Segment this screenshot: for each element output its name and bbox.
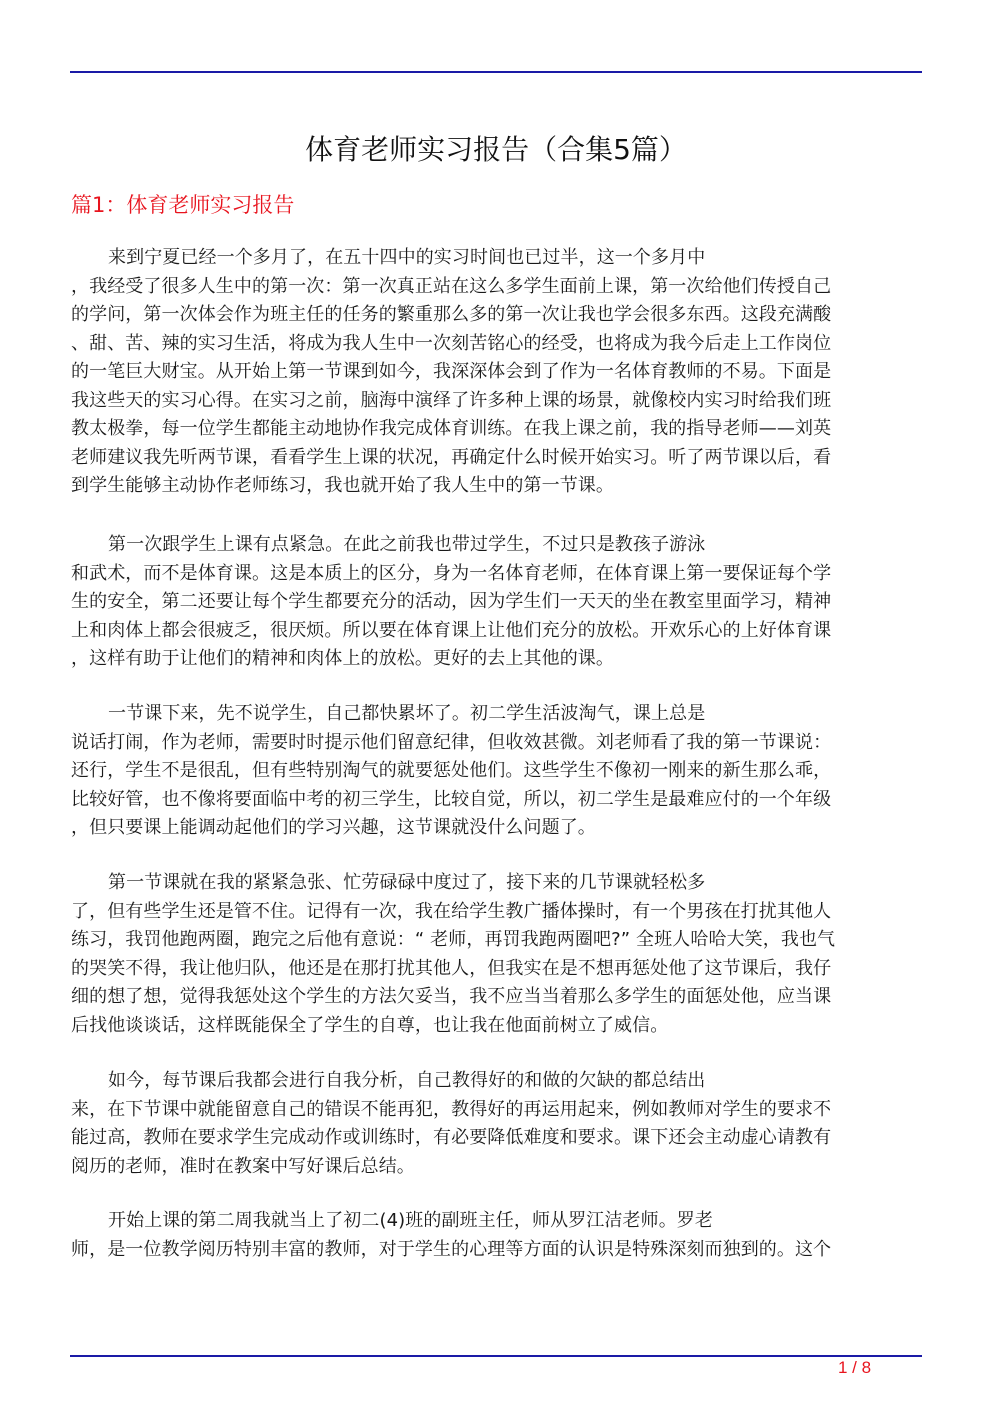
paragraph-line: 的学问，第一次体会作为班主任的任务的繁重那么多的第一次让我也学会很多东西。这段充…	[71, 301, 923, 330]
paragraph-line: 上和肉体上都会很疲乏，很厌烦。所以要在体育课上让他们充分的放松。开欢乐心的上好体…	[71, 617, 923, 646]
paragraph-1: 来到宁夏已经一个多月了，在五十四中的实习时间也已过半，这一个多月中 ，我经受了很…	[71, 244, 923, 501]
paragraph-line: 细的想了想，觉得我惩处这个学生的方法欠妥当，我不应当当着那么多学生的面惩处他，应…	[71, 983, 923, 1012]
paragraph-5: 如今，每节课后我都会进行自我分析，自己教得好的和做的欠缺的都总结出 来，在下节课…	[71, 1067, 923, 1181]
section-heading: 篇1：体育老师实习报告	[71, 189, 294, 219]
paragraph-line: 的一笔巨大财宝。从开始上第一节课到如今，我深深体会到了作为一名体育教师的不易。下…	[71, 358, 923, 387]
paragraph-line: 老师建议我先听两节课，看看学生上课的状况，再确定什么时候开始实习。听了两节课以后…	[71, 444, 923, 473]
document-title: 体育老师实习报告（合集5篇）	[0, 128, 992, 168]
paragraph-line: 生的安全，第二还要让每个学生都要充分的活动，因为学生们一天天的坐在教室里面学习，…	[71, 588, 923, 617]
paragraph-line: 能过高，教师在要求学生完成动作或训练时，有必要降低难度和要求。课下还会主动虚心请…	[71, 1124, 923, 1153]
paragraph-line: 第一次跟学生上课有点紧急。在此之前我也带过学生，不过只是教孩子游泳	[71, 531, 923, 560]
paragraph-line: 来到宁夏已经一个多月了，在五十四中的实习时间也已过半，这一个多月中	[71, 244, 923, 273]
paragraph-line: 开始上课的第二周我就当上了初二(4)班的副班主任，师从罗江洁老师。罗老	[71, 1207, 923, 1236]
paragraph-3: 一节课下来，先不说学生，自己都快累坏了。初二学生活波淘气，课上总是 说话打闹，作…	[71, 700, 923, 843]
paragraph-line: 还行，学生不是很乱，但有些特别淘气的就要惩处他们。这些学生不像初一刚来的新生那么…	[71, 757, 923, 786]
paragraph-line: ，这样有助于让他们的精神和肉体上的放松。更好的去上其他的课。	[71, 645, 923, 674]
paragraph-line: 第一节课就在我的紧紧急张、忙劳碌碌中度过了，接下来的几节课就轻松多	[71, 869, 923, 898]
paragraph-line: 后找他谈谈话，这样既能保全了学生的自尊，也让我在他面前树立了威信。	[71, 1012, 923, 1041]
paragraph-line: 一节课下来，先不说学生，自己都快累坏了。初二学生活波淘气，课上总是	[71, 700, 923, 729]
paragraph-line: 到学生能够主动协作老师练习，我也就开始了我人生中的第一节课。	[71, 472, 923, 501]
paragraph-line: 师，是一位教学阅历特别丰富的教师，对于学生的心理等方面的认识是特殊深刻而独到的。…	[71, 1236, 923, 1265]
paragraph-line: 练习，我罚他跑两圈，跑完之后他有意说：“ 老师，再罚我跑两圈吧?” 全班人哈哈大…	[71, 926, 923, 955]
paragraph-line: 和武术，而不是体育课。这是本质上的区分，身为一名体育老师，在体育课上第一要保证每…	[71, 560, 923, 589]
paragraph-line: 如今，每节课后我都会进行自我分析，自己教得好的和做的欠缺的都总结出	[71, 1067, 923, 1096]
paragraph-line: 、甜、苦、辣的实习生活，将成为我人生中一次刻苦铭心的经受，也将成为我今后走上工作…	[71, 330, 923, 359]
paragraph-line: 来，在下节课中就能留意自己的错误不能再犯，教得好的再运用起来，例如教师对学生的要…	[71, 1096, 923, 1125]
paragraph-line: 阅历的老师，准时在教案中写好课后总结。	[71, 1153, 923, 1182]
paragraph-line: 了，但有些学生还是管不住。记得有一次，我在给学生教广播体操时，有一个男孩在打扰其…	[71, 898, 923, 927]
paragraph-4: 第一节课就在我的紧紧急张、忙劳碌碌中度过了，接下来的几节课就轻松多 了，但有些学…	[71, 869, 923, 1040]
paragraph-line: 我这些天的实习心得。在实习之前，脑海中演绎了许多种上课的场景，就像校内实习时给我…	[71, 387, 923, 416]
header-rule	[70, 71, 922, 73]
paragraph-line: 说话打闹，作为老师，需要时时提示他们留意纪律，但收效甚微。刘老师看了我的第一节课…	[71, 729, 923, 758]
paragraph-line: 比较好管，也不像将要面临中考的初三学生，比较自觉，所以，初二学生是最难应付的一个…	[71, 786, 923, 815]
footer-rule	[70, 1355, 922, 1357]
paragraph-line: 的哭笑不得，我让他归队，他还是在那打扰其他人，但我实在是不想再惩处他了这节课后，…	[71, 955, 923, 984]
paragraph-line: 教太极拳，每一位学生都能主动地协作我完成体育训练。在我上课之前，我的指导老师——…	[71, 415, 923, 444]
paragraph-2: 第一次跟学生上课有点紧急。在此之前我也带过学生，不过只是教孩子游泳 和武术，而不…	[71, 531, 923, 674]
paragraph-line: ，但只要课上能调动起他们的学习兴趣，这节课就没什么问题了。	[71, 814, 923, 843]
paragraph-6: 开始上课的第二周我就当上了初二(4)班的副班主任，师从罗江洁老师。罗老 师，是一…	[71, 1207, 923, 1264]
paragraph-line: ，我经受了很多人生中的第一次：第一次真正站在这么多学生面前上课，第一次给他们传授…	[71, 273, 923, 302]
page-number: 1 / 8	[838, 1358, 871, 1378]
